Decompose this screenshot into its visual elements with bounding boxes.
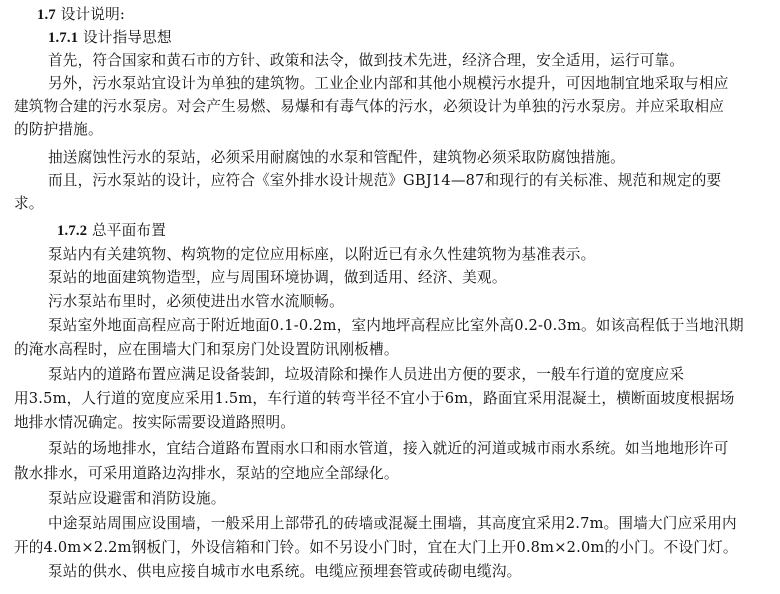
paragraph-line: 开的4.0m×2.2m钢板门，外设信箱和门铃。如不另设小门时，宜在大门上开0.8… xyxy=(14,539,738,557)
paragraph-line: 泵站的场地排水，宜结合道路布置雨水口和雨水管道，接入就近的河道或城市雨水系统。如… xyxy=(48,440,729,458)
subsection-number: 1.7.2 xyxy=(57,223,87,239)
paragraph-line: 用3.5m，人行道的宽度应采用1.5m，车行道的转弯半径不宜小于6m，路面宜采用… xyxy=(14,390,735,408)
paragraph-line: 污水泵站布里时，必须使进出水管水流顺畅。 xyxy=(48,293,344,311)
paragraph-line: 的防护措施。 xyxy=(14,121,103,139)
subsection-title: 总平面布置 xyxy=(92,222,166,239)
section-heading: 1.7 设计说明: xyxy=(37,6,125,24)
paragraph-line: 中途泵站周围应设围墙，一般采用上部带孔的砖墙或混凝土围墙，其高度宜采用2.7m。… xyxy=(48,515,737,533)
paragraph-line: 抽送腐蚀性污水的泵站，必须采用耐腐蚀的水泵和管配件，建筑物必须采取防腐蚀措施。 xyxy=(48,149,625,167)
paragraph-line: 散水排水，可采用道路边沟排水，泵站的空地应全部绿化。 xyxy=(14,465,399,483)
subsection-title: 设计指导思想 xyxy=(83,29,172,46)
paragraph-line: 建筑物合建的污水泵房。对会产生易燃、易爆和有毒气体的污水，必须设计为单独的污水泵… xyxy=(14,98,724,116)
document-page: 1.7 设计说明: 1.7.1 设计指导思想 首先，符合国家和黄石市的方针、政策… xyxy=(0,0,780,594)
paragraph-line: 泵站室外地面高程应高于附近地面0.1-0.2m，室内地坪高程应比室外高0.2-0… xyxy=(48,317,744,335)
paragraph-line: 泵站的供水、供电应接自城市水电系统。电缆应预埋套管或砖砌电缆沟。 xyxy=(48,563,521,581)
paragraph-line: 泵站内有关建筑物、构筑物的定位应用标座，以附近已有永久性建筑物为基准表示。 xyxy=(48,246,595,264)
paragraph-line: 而且，污水泵站的设计，应符合《室外排水设计规范》GBJ14—87和现行的有关标准… xyxy=(48,172,721,190)
paragraph-line: 地排水情况确定。按实际需要设道路照明。 xyxy=(14,414,295,432)
paragraph-line: 泵站的地面建筑物造型，应与周围环境协调，做到适用、经济、美观。 xyxy=(48,269,507,287)
subsection-heading-1-7-2: 1.7.2 总平面布置 xyxy=(57,222,166,240)
paragraph-line: 泵站应设避雷和消防设施。 xyxy=(48,490,226,508)
subsection-number: 1.7.1 xyxy=(48,30,78,46)
section-number: 1.7 xyxy=(37,7,56,23)
paragraph-line: 泵站内的道路布置应满足设备装卸，垃圾清除和操作人员进出方便的要求，一般车行道的宽… xyxy=(48,366,684,384)
paragraph-line: 首先，符合国家和黄石市的方针、政策和法令，做到技术先进，经济合理，安全适用，运行… xyxy=(48,52,684,70)
subsection-heading-1-7-1: 1.7.1 设计指导思想 xyxy=(48,29,172,47)
paragraph-line: 另外，污水泵站宜设计为单独的建筑物。工业企业内部和其他小规模污水提升，可因地制宜… xyxy=(48,75,729,93)
paragraph-line: 求。 xyxy=(14,195,44,213)
paragraph-line: 的淹水高程时，应在围墙大门和泵房门处设置防讯刚板槽。 xyxy=(14,341,399,359)
section-title: 设计说明: xyxy=(61,6,125,23)
